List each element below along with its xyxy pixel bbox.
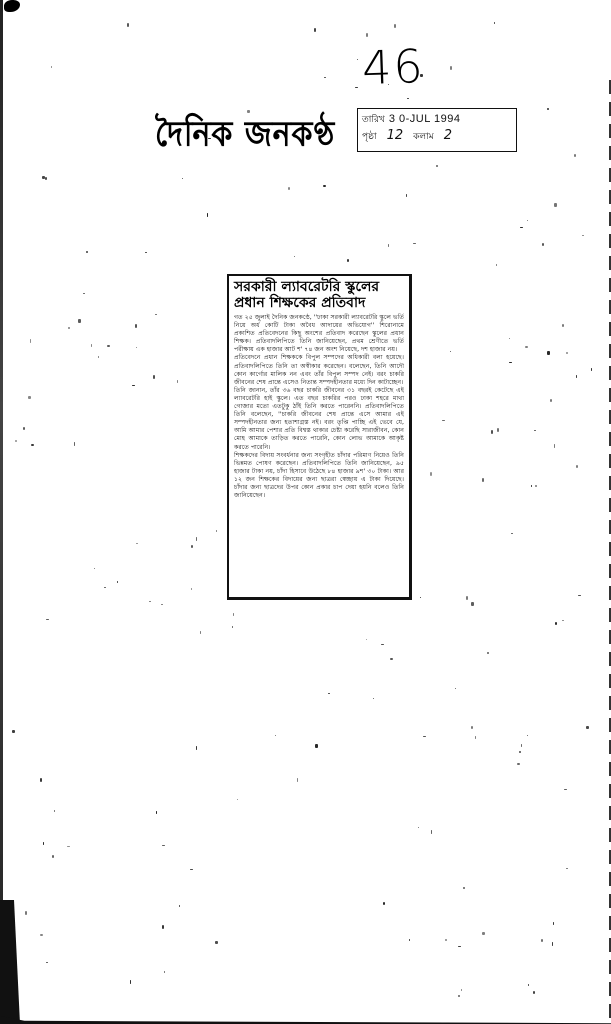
news-clipping: সরকারী ল্যাবরেটরি স্কুলের প্রধান শিক্ষকে… — [227, 274, 412, 600]
speck — [46, 962, 48, 963]
speck — [455, 688, 456, 689]
speck — [288, 187, 290, 190]
speck — [54, 810, 55, 812]
speck — [132, 385, 135, 386]
scan-edge-left — [0, 0, 3, 1024]
speck — [576, 465, 578, 468]
speck — [431, 830, 432, 834]
speck — [347, 259, 349, 262]
speck — [30, 339, 31, 343]
speck — [521, 744, 522, 747]
speck — [525, 346, 528, 348]
speck — [578, 595, 581, 596]
speck — [190, 869, 193, 870]
speck — [162, 925, 164, 929]
speck — [28, 396, 31, 399]
speck — [574, 154, 576, 157]
speck — [534, 430, 536, 431]
speck — [233, 613, 234, 616]
speck — [315, 744, 318, 748]
speck — [553, 922, 554, 925]
speck — [533, 991, 535, 994]
speck — [294, 256, 295, 257]
speck — [74, 442, 75, 446]
speck — [207, 213, 208, 217]
speck — [161, 604, 163, 605]
scan-edge-bottom — [0, 1016, 611, 1024]
speck — [450, 66, 452, 70]
stamp-date-value: 3 0-JUL 1994 — [389, 111, 461, 127]
speck — [547, 351, 550, 355]
speck — [355, 87, 358, 88]
speck — [586, 726, 589, 729]
speck — [91, 344, 92, 347]
speck — [519, 751, 521, 753]
speck — [177, 380, 178, 383]
speck — [562, 324, 564, 327]
speck — [323, 185, 326, 187]
clipping-headline: সরকারী ল্যাবরেটরি স্কুলের প্রধান শিক্ষকে… — [234, 279, 404, 311]
speck — [31, 444, 34, 446]
speck — [528, 984, 529, 986]
speck — [458, 946, 461, 947]
speck — [535, 485, 537, 487]
speck — [83, 293, 85, 294]
speck — [153, 375, 155, 379]
speck — [98, 356, 99, 358]
speck — [155, 314, 157, 315]
speck — [509, 362, 512, 363]
speck — [494, 22, 495, 24]
speck — [40, 934, 43, 936]
speck — [566, 868, 568, 869]
speck — [497, 428, 499, 432]
speck — [482, 478, 484, 482]
speck — [51, 66, 52, 68]
speck — [564, 789, 567, 790]
speck — [442, 420, 445, 421]
speck — [471, 602, 474, 606]
speck — [576, 375, 577, 378]
speck — [67, 846, 70, 847]
speck — [275, 735, 276, 736]
scan-edge-wedge — [0, 900, 20, 1024]
speck — [491, 430, 493, 434]
stamp-column-value: 2 — [444, 128, 452, 144]
speck — [471, 726, 473, 729]
speck — [552, 942, 553, 946]
speck — [25, 911, 27, 915]
speck — [547, 108, 549, 110]
speck — [23, 427, 25, 430]
speck — [191, 588, 192, 590]
speck — [407, 98, 409, 99]
speck — [357, 59, 358, 60]
speck — [104, 587, 106, 588]
clipping-paragraph: গত ২৫ জুলাই দৈনিক জনকণ্ঠে, ''ঢাকা সরকারী… — [234, 314, 404, 354]
speck — [45, 177, 47, 180]
speck — [418, 827, 419, 828]
speck — [15, 440, 17, 442]
newspaper-masthead: দৈনিক জনকণ্ঠ — [155, 106, 335, 165]
stamp-date-row: তারিখ 3 0-JUL 1994 — [362, 111, 512, 128]
clipping-paragraph: প্রতিবেদনে প্রধান শিক্ষককে বিপুল সম্পদের… — [234, 354, 404, 386]
speck — [511, 533, 513, 534]
speck — [496, 264, 497, 266]
speck — [373, 698, 374, 699]
speck — [42, 176, 45, 179]
speck — [420, 597, 421, 598]
speck — [12, 730, 15, 733]
speck — [445, 939, 447, 941]
speck — [520, 227, 523, 228]
speck — [562, 620, 564, 621]
speck — [324, 77, 326, 78]
speck — [527, 220, 528, 221]
speck — [145, 252, 147, 253]
speck — [297, 778, 298, 782]
speck — [466, 596, 468, 600]
speck — [554, 203, 557, 207]
speck — [388, 244, 389, 247]
speck — [191, 545, 193, 548]
stamp-date-label: তারিখ — [362, 112, 385, 128]
speck — [566, 352, 568, 354]
speck — [423, 736, 426, 737]
speck — [436, 165, 438, 167]
speck — [200, 631, 201, 634]
speck — [383, 902, 385, 905]
speck — [182, 178, 183, 179]
speck — [94, 568, 95, 569]
speck — [196, 746, 197, 750]
speck — [366, 639, 367, 640]
clipping-paragraph: শিক্ষকদের বিদায় সংবর্ধনার জন্য সংগৃহীত … — [234, 452, 404, 501]
speck — [46, 619, 49, 620]
speck — [541, 939, 543, 942]
speck — [517, 763, 520, 765]
speck — [542, 243, 544, 246]
speck — [127, 23, 129, 27]
speck — [463, 887, 465, 889]
speck — [461, 989, 462, 991]
speck — [555, 622, 557, 625]
stamp-page-label: পৃষ্ঠা — [362, 129, 377, 145]
speck — [458, 995, 460, 997]
speck — [487, 652, 489, 654]
stamp-page-row: পৃষ্ঠা 12 কলাম 2 — [362, 128, 512, 145]
speck — [130, 980, 131, 984]
speck — [554, 444, 555, 448]
speck — [527, 735, 528, 736]
speck — [52, 855, 54, 858]
speck — [136, 347, 137, 348]
speck — [550, 399, 552, 402]
speck — [136, 543, 138, 544]
speck — [135, 324, 137, 328]
speck — [40, 778, 42, 782]
speck — [117, 581, 118, 583]
speck — [328, 693, 330, 694]
stamp-column-label: কলাম — [413, 129, 434, 145]
speck — [413, 243, 416, 244]
handwritten-page-number: 46 — [361, 39, 425, 95]
speck — [43, 842, 44, 845]
speck — [531, 485, 532, 487]
speck — [450, 351, 451, 352]
speck — [390, 658, 393, 660]
speck — [509, 338, 510, 339]
speck — [430, 472, 432, 476]
speck — [164, 971, 165, 973]
speck — [107, 345, 110, 347]
speck — [591, 368, 592, 371]
speck — [406, 194, 407, 197]
scan-corner-blot — [4, 0, 20, 12]
speck — [196, 537, 197, 541]
speck — [149, 601, 151, 602]
speck — [314, 28, 316, 32]
speck — [179, 905, 180, 907]
speck — [78, 319, 81, 323]
speck — [216, 530, 217, 532]
speck — [381, 644, 384, 645]
date-page-stamp: তারিখ 3 0-JUL 1994 পৃষ্ঠা 12 কলাম 2 — [357, 108, 517, 152]
speck — [86, 251, 88, 253]
speck — [366, 33, 368, 37]
speck — [409, 939, 410, 941]
speck — [232, 626, 233, 628]
speck — [237, 799, 238, 800]
speck — [475, 736, 476, 739]
speck — [162, 845, 165, 846]
speck — [68, 327, 70, 329]
stamp-page-value: 12 — [387, 128, 404, 144]
speck — [582, 235, 584, 236]
speck — [394, 24, 396, 28]
speck — [215, 941, 218, 944]
clipping-paragraph: তিনি জানান, তাঁর ৩৬ বছর চাকরি জীবনের ৩১ … — [234, 387, 404, 452]
speck — [156, 811, 157, 814]
speck — [482, 932, 485, 935]
